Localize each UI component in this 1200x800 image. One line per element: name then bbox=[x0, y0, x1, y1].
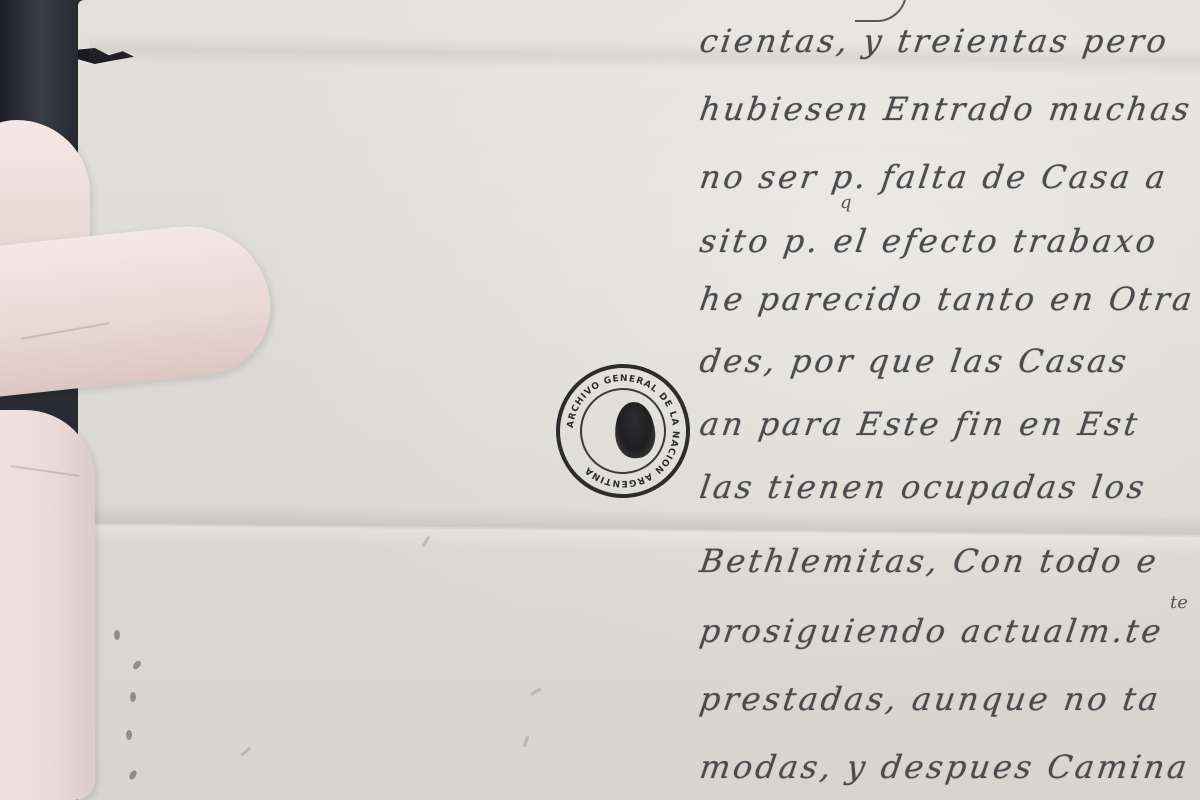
archive-seal-stamp: ARCHIVO GENERAL DE LA NACION ARGENTINA bbox=[551, 359, 694, 502]
glove-finger-bottom bbox=[0, 410, 95, 800]
manuscript-line: hubiesen Entrado muchas bbox=[697, 90, 1194, 128]
manuscript-line: Bethlemitas, Con todo e bbox=[697, 542, 1161, 580]
manuscript-line: cientas, y treientas pero bbox=[697, 22, 1171, 60]
manuscript-line: an para Este fin en Est bbox=[697, 405, 1142, 443]
manuscript-line: sito p. el efecto trabaxo bbox=[697, 222, 1161, 260]
manuscript-line: modas, y despues Camina bbox=[697, 748, 1192, 786]
manuscript-line: prestadas, aunque no ta bbox=[697, 680, 1163, 718]
coat-of-arms-icon bbox=[613, 401, 657, 460]
manuscript-line: las tienen ocupadas los bbox=[697, 468, 1149, 506]
document-photo: ARCHIVO GENERAL DE LA NACION ARGENTINA c… bbox=[0, 0, 1200, 800]
superscript: te bbox=[1170, 592, 1188, 613]
margin-ink-marks bbox=[110, 620, 310, 800]
manuscript-line: des, por que las Casas bbox=[697, 342, 1131, 380]
manuscript-line: prosiguiendo actualm.te bbox=[697, 612, 1166, 650]
manuscript-line: no ser p. falta de Casa a bbox=[697, 158, 1170, 196]
superscript: q bbox=[840, 192, 852, 213]
manuscript-text: cientas, y treientas pero hubiesen Entra… bbox=[700, 0, 1200, 800]
manuscript-line: he parecido tanto en Otra bbox=[697, 280, 1197, 318]
